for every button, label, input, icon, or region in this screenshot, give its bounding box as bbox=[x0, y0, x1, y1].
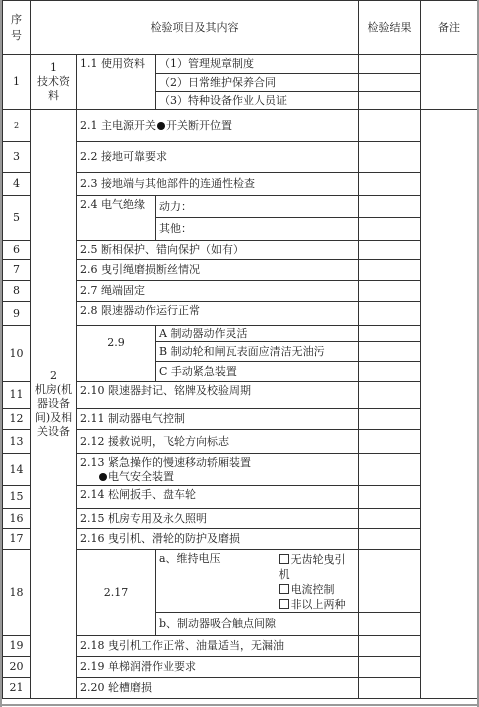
result-cell[interactable] bbox=[359, 260, 421, 281]
result-cell[interactable] bbox=[359, 613, 421, 636]
result-cell[interactable] bbox=[359, 409, 421, 430]
item-text: 2.13 紧急操作的慢速移动轿厢装置 电气安全装置 bbox=[77, 454, 359, 486]
row-seq: 2 bbox=[3, 110, 31, 142]
item-text: 2.11 制动器电气控制 bbox=[77, 409, 359, 430]
item-text: 2.2 接地可靠要求 bbox=[77, 142, 359, 173]
item-text: b、制动器吸合触点间隙 bbox=[156, 613, 359, 636]
item-text: 2.6 曳引绳磨损断丝情况 bbox=[77, 260, 359, 281]
table-row: 1 1 技术资料 1.1 使用资料 （1）管理规章制度 bbox=[3, 55, 478, 74]
bullet-icon bbox=[99, 473, 107, 481]
sub-item-label: 2.4 电气绝缘 bbox=[77, 196, 156, 241]
item-text: 2.5 断相保护、错向保护（如有） bbox=[77, 241, 359, 260]
item-text: 2.16 曳引机、滑轮的防护及磨损 bbox=[77, 529, 359, 550]
row-seq: 8 bbox=[3, 281, 31, 302]
row-seq: 13 bbox=[3, 430, 31, 454]
row-seq: 4 bbox=[3, 173, 31, 196]
item-text: A 制动器动作灵活 bbox=[156, 326, 359, 342]
result-cell[interactable] bbox=[359, 486, 421, 509]
result-cell[interactable] bbox=[359, 550, 421, 613]
row-seq: 10 bbox=[3, 326, 31, 382]
result-cell[interactable] bbox=[359, 342, 421, 362]
item-text: （1）管理规章制度 bbox=[156, 55, 359, 74]
result-cell[interactable] bbox=[359, 241, 421, 260]
item-text: 动力： bbox=[156, 196, 359, 218]
option-label: 无齿轮曳引机 bbox=[279, 553, 346, 581]
result-cell[interactable] bbox=[359, 302, 421, 326]
result-cell[interactable] bbox=[359, 382, 421, 409]
row-seq: 12 bbox=[3, 409, 31, 430]
row-seq: 16 bbox=[3, 509, 31, 529]
remark-cell[interactable] bbox=[421, 55, 478, 110]
item-text: 2.15 机房专用及永久照明 bbox=[77, 509, 359, 529]
row-seq: 20 bbox=[3, 657, 31, 678]
result-cell[interactable] bbox=[359, 281, 421, 302]
result-cell[interactable] bbox=[359, 326, 421, 342]
row-seq: 19 bbox=[3, 636, 31, 657]
option-current-control[interactable]: 电流控制 bbox=[279, 582, 355, 597]
category-number: 1 bbox=[34, 61, 73, 75]
item-text-part: 开关断开位置 bbox=[166, 119, 232, 132]
row-seq: 7 bbox=[3, 260, 31, 281]
item-text: 2.1 主电源开关开关断开位置 bbox=[77, 110, 359, 142]
page-border-left bbox=[0, 0, 2, 707]
result-cell[interactable] bbox=[359, 430, 421, 454]
category-number: 2 bbox=[34, 369, 73, 383]
page-border-bottom bbox=[0, 704, 479, 706]
result-cell[interactable] bbox=[359, 362, 421, 382]
sub-item-label: 1.1 使用资料 bbox=[77, 55, 156, 110]
item-text: 2.19 单梯润滑作业要求 bbox=[77, 657, 359, 678]
row-seq: 18 bbox=[3, 550, 31, 636]
item-text-line: 2.13 紧急操作的慢速移动轿厢装置 bbox=[80, 456, 355, 470]
item-text: 2.12 援救说明，飞轮方向标志 bbox=[77, 430, 359, 454]
result-cell[interactable] bbox=[359, 110, 421, 142]
result-cell[interactable] bbox=[359, 678, 421, 699]
item-text: 其他： bbox=[156, 218, 359, 241]
result-cell[interactable] bbox=[359, 173, 421, 196]
header-seq: 序号 bbox=[3, 1, 31, 55]
row-seq: 6 bbox=[3, 241, 31, 260]
item-text: a、维持电压 无齿轮曳引机 电流控制 非以上两种 bbox=[156, 550, 359, 613]
sub-item-label: 2.9 bbox=[77, 326, 156, 382]
inspection-form-page: 序号 检验项目及其内容 检验结果 备注 1 1 技术资料 1.1 使用资料 （1… bbox=[0, 0, 479, 707]
header-result: 检验结果 bbox=[359, 1, 421, 55]
option-list: 无齿轮曳引机 电流控制 非以上两种 bbox=[279, 552, 355, 612]
item-text: （3）特种设备作业人员证 bbox=[156, 92, 359, 110]
item-text: 2.8 限速器动作运行正常 bbox=[77, 302, 359, 326]
item-text: 2.18 曳引机工作正常、油量适当，无漏油 bbox=[77, 636, 359, 657]
result-cell[interactable] bbox=[359, 509, 421, 529]
row-seq: 1 bbox=[3, 55, 31, 110]
table-row: 2 2 机房(机器设备间)及相关设备 2.1 主电源开关开关断开位置 bbox=[3, 110, 478, 142]
category-cell: 1 技术资料 bbox=[31, 55, 77, 110]
result-cell[interactable] bbox=[359, 657, 421, 678]
option-label: 非以上两种 bbox=[291, 598, 346, 611]
row-seq: 5 bbox=[3, 196, 31, 241]
category-label: 机房(机器设备间)及相关设备 bbox=[34, 383, 73, 439]
item-text: 2.14 松闸扳手、盘车轮 bbox=[77, 486, 359, 509]
result-cell[interactable] bbox=[359, 454, 421, 486]
option-neither[interactable]: 非以上两种 bbox=[279, 597, 355, 612]
checkbox-icon[interactable] bbox=[279, 599, 289, 609]
category-cell: 2 机房(机器设备间)及相关设备 bbox=[31, 110, 77, 699]
bullet-icon bbox=[157, 122, 165, 130]
item-text: 2.7 绳端固定 bbox=[77, 281, 359, 302]
result-cell[interactable] bbox=[359, 636, 421, 657]
result-cell[interactable] bbox=[359, 218, 421, 241]
remark-cell[interactable] bbox=[421, 110, 478, 699]
result-cell[interactable] bbox=[359, 74, 421, 92]
result-cell[interactable] bbox=[359, 529, 421, 550]
item-text-part: 电气安全装置 bbox=[108, 470, 174, 483]
item-text: 2.10 限速器封记、铭牌及校验周期 bbox=[77, 382, 359, 409]
row-seq: 21 bbox=[3, 678, 31, 699]
row-seq: 11 bbox=[3, 382, 31, 409]
checkbox-icon[interactable] bbox=[279, 554, 289, 564]
category-label: 技术资料 bbox=[34, 75, 73, 103]
checkbox-icon[interactable] bbox=[279, 584, 289, 594]
header-item: 检验项目及其内容 bbox=[31, 1, 359, 55]
option-label: 电流控制 bbox=[291, 583, 335, 596]
item-text: 2.3 接地端与其他部件的连通性检查 bbox=[77, 173, 359, 196]
inspection-table: 序号 检验项目及其内容 检验结果 备注 1 1 技术资料 1.1 使用资料 （1… bbox=[2, 0, 478, 699]
row-seq: 14 bbox=[3, 454, 31, 486]
header-remark: 备注 bbox=[421, 1, 478, 55]
voltage-split: a、维持电压 无齿轮曳引机 电流控制 非以上两种 bbox=[159, 552, 355, 612]
row-seq: 17 bbox=[3, 529, 31, 550]
row-seq: 9 bbox=[3, 302, 31, 326]
result-cell[interactable] bbox=[359, 196, 421, 218]
result-cell[interactable] bbox=[359, 142, 421, 173]
item-text: 2.20 轮槽磨损 bbox=[77, 678, 359, 699]
item-text: （2）日常维护保养合同 bbox=[156, 74, 359, 92]
row-seq: 3 bbox=[3, 142, 31, 173]
result-cell[interactable] bbox=[359, 92, 421, 110]
item-text-line: 电气安全装置 bbox=[80, 470, 355, 484]
item-text: B 制动轮和闸瓦表面应清洁无油污 bbox=[156, 342, 359, 362]
sub-a-label: a、维持电压 bbox=[159, 552, 279, 612]
item-text-part: 2.1 主电源开关 bbox=[80, 119, 156, 132]
option-gearless[interactable]: 无齿轮曳引机 bbox=[279, 552, 355, 582]
row-seq: 15 bbox=[3, 486, 31, 509]
result-cell[interactable] bbox=[359, 55, 421, 74]
table-header-row: 序号 检验项目及其内容 检验结果 备注 bbox=[3, 1, 478, 55]
item-text: C 手动紧急装置 bbox=[156, 362, 359, 382]
sub-item-label: 2.17 bbox=[77, 550, 156, 636]
